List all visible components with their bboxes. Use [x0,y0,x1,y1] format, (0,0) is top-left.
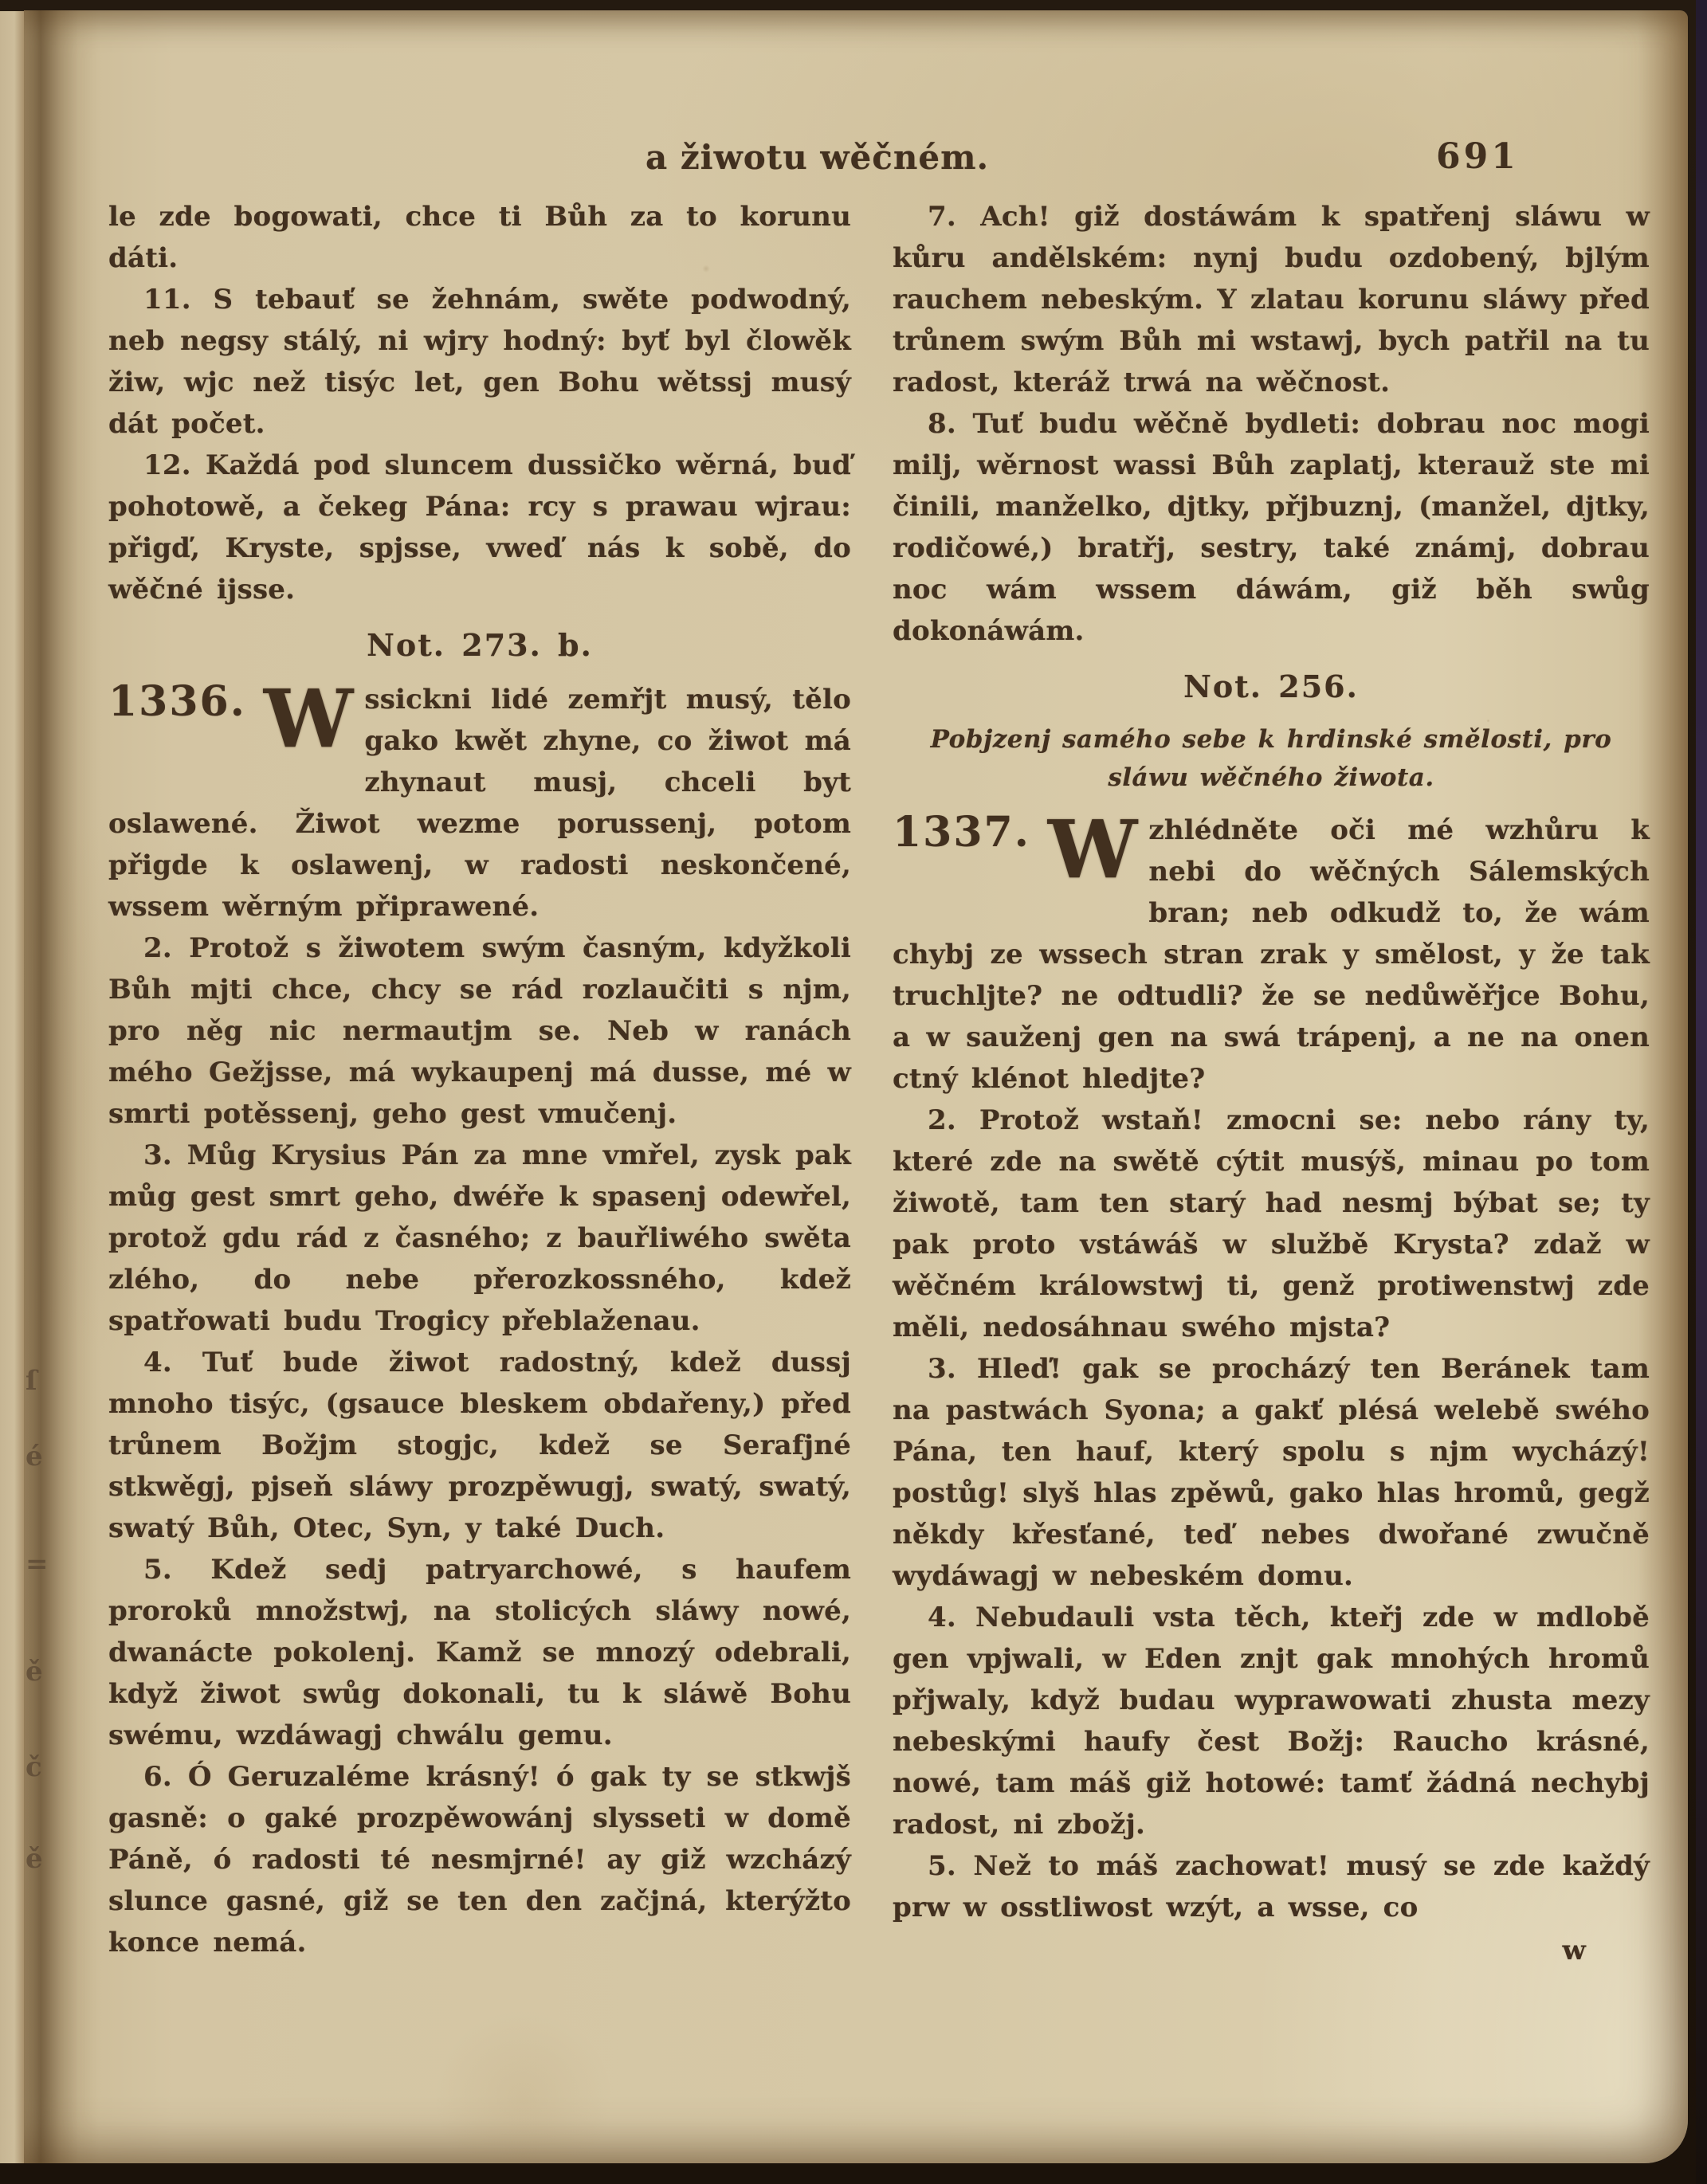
drop-cap-w: W [264,682,354,763]
verse-8-right: 8. Tuť budu wěčně bydleti: dobrau noc mo… [893,403,1650,652]
verse-4-right: 4. Nebudauli vsta těch, kteřj zde w mdlo… [893,1597,1650,1845]
paragraph-continuation: le zde bogowati, chce ti Bůh za to korun… [108,196,851,279]
verse-11: 11. S tebauť se žehnám, swěte podwodný, … [108,279,851,445]
verse-7-right: 7. Ach! giž dostáwám k spatřenj sláwu w … [893,196,1650,403]
gutter-shadow [24,10,100,2163]
hymn-number: 1336. [108,680,246,723]
note-heading-256: Not. 256. [893,666,1650,708]
gutter-ghost-glyph: ſ [26,1365,37,1397]
gutter-ghost-glyph: = [26,1548,49,1580]
verse-4-left: 4. Tuť bude žiwot radostný, kdež dussj m… [108,1342,851,1549]
drop-cap-w: W [1048,813,1138,894]
hymn-1337: 1337. W zhlédněte oči mé wzhůru k nebi d… [893,810,1650,1100]
gutter-ghost-glyph: é [26,1441,43,1472]
page-number: 691 [1436,136,1519,177]
facing-page-edge [0,11,24,2163]
right-column: 7. Ach! giž dostáwám k spatřenj sláwu w … [893,196,1650,1971]
photo-right-edge [1696,0,1707,2184]
gutter-ghost-glyph: č [26,1751,42,1783]
book-page: ſ é = ě č ě a žiwotu wěčném. 691 le zde … [24,10,1688,2163]
verse-12: 12. Každá pod sluncem dussičko wěrná, bu… [108,445,851,610]
verse-3-left: 3. Můg Krysius Pán za mne vmřel, zysk pa… [108,1135,851,1342]
verse-5-right: 5. Než to máš zachowat! musý se zde každ… [893,1845,1650,1928]
gutter-ghost-glyph: ě [26,1843,43,1875]
verse-3-right: 3. Hleď! gak se procházý ten Beránek tam… [893,1348,1650,1597]
verse-2-right: 2. Protož wstaň! zmocni se: nebo rány ty… [893,1100,1650,1348]
running-title: a žiwotu wěčném. [646,138,989,177]
verse-2-left: 2. Protož s žiwotem swým časným, kdyžkol… [108,927,851,1135]
hymn-1336: 1336. W ssickni lidé zemřjt musý, tělo g… [108,679,851,927]
hymn-number: 1337. [893,811,1030,854]
catchword: w [893,1930,1650,1971]
note-heading-273: Not. 273. b. [108,625,851,666]
hymn-subtitle: Pobjzenj samého sebe k hrdinské smělosti… [893,720,1650,797]
verse-5-left: 5. Kdež sedj patryarchowé, s haufem pror… [108,1549,851,1756]
gutter-ghost-glyph: ě [26,1656,43,1688]
left-column: le zde bogowati, chce ti Bůh za to korun… [108,196,851,1963]
verse-6-left: 6. Ó Geruzaléme krásný! ó gak ty se stkw… [108,1756,851,1963]
